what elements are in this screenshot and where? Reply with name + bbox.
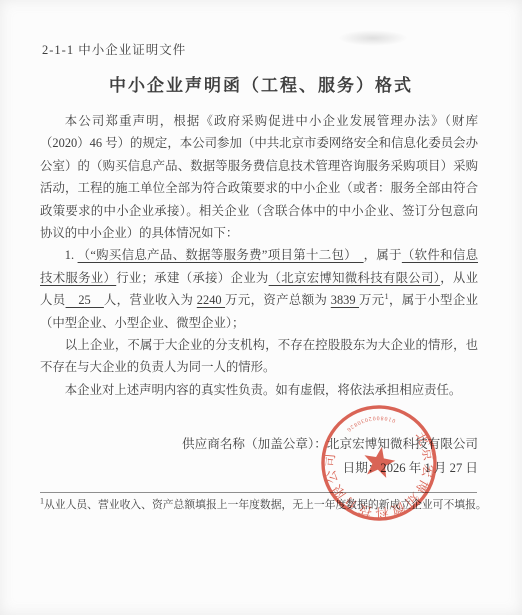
page-title: 中小企业声明函（工程、服务）格式 [0, 71, 522, 96]
item-number: 1. [65, 248, 74, 262]
employee-count-field: 25 [66, 293, 104, 307]
no-affiliation-text: 以上企业，不属于大企业的分支机构，不存在控股股东为大企业的情形，也不存在与大企业… [40, 338, 478, 374]
revenue-field: 2240 [197, 293, 225, 307]
item-text-4: 人，营业收入为 [104, 293, 197, 307]
document-body: 本公司郑重声明，根据《政府采购促进中小企业发展管理办法》（财库（2020）46 … [40, 110, 478, 401]
project-name-field: （“购买信息产品、数据等服务费”项目第十二包） [78, 248, 364, 262]
item-text-5: 万元，资产总额为 [225, 293, 331, 307]
doc-section-label: 2-1-1 中小企业证明文件 [42, 40, 186, 58]
declaration-paragraph: 本公司郑重声明，根据《政府采购促进中小企业发展管理办法》（财库（2020）46 … [40, 110, 478, 244]
seal-company-text: 北京宏博知微科技有限公司 [318, 428, 445, 529]
item-text-2: 行业；承建（承接）企业为 [116, 271, 268, 285]
company-name-field: （北京宏博知微科技有限公司） [269, 271, 441, 285]
supplier-label: 供应商名称（加盖公章）： [182, 437, 327, 451]
document-page: 2-1-1 中小企业证明文件 中小企业声明函（工程、服务）格式 本公司郑重声明，… [0, 0, 522, 615]
seal-graphic: 北京宏博知微科技有限公司 0108002030826 [313, 397, 445, 529]
seal-star-icon [361, 444, 397, 479]
item-text-6: 万元 [359, 293, 385, 307]
assets-field: 3839 [331, 293, 359, 307]
item-text-1: ，属于 [364, 248, 402, 262]
declaration-text: 本公司郑重声明，根据《政府采购促进中小企业发展管理办法》（财库（2020）46 … [40, 114, 478, 240]
scan-smudge [338, 30, 408, 46]
enterprise-detail-item: 1. （“购买信息产品、数据等服务费”项目第十二包） ，属于（软件和信息技术服务… [40, 244, 478, 334]
no-affiliation-paragraph: 以上企业，不属于大企业的分支机构，不存在控股股东为大企业的情形，也不存在与大企业… [40, 334, 478, 379]
responsibility-text: 本企业对上述声明内容的真实性负责。如有虚假，将依法承担相应责任。 [65, 383, 462, 397]
company-seal-stamp: 北京宏博知微科技有限公司 0108002030826 [313, 397, 445, 529]
